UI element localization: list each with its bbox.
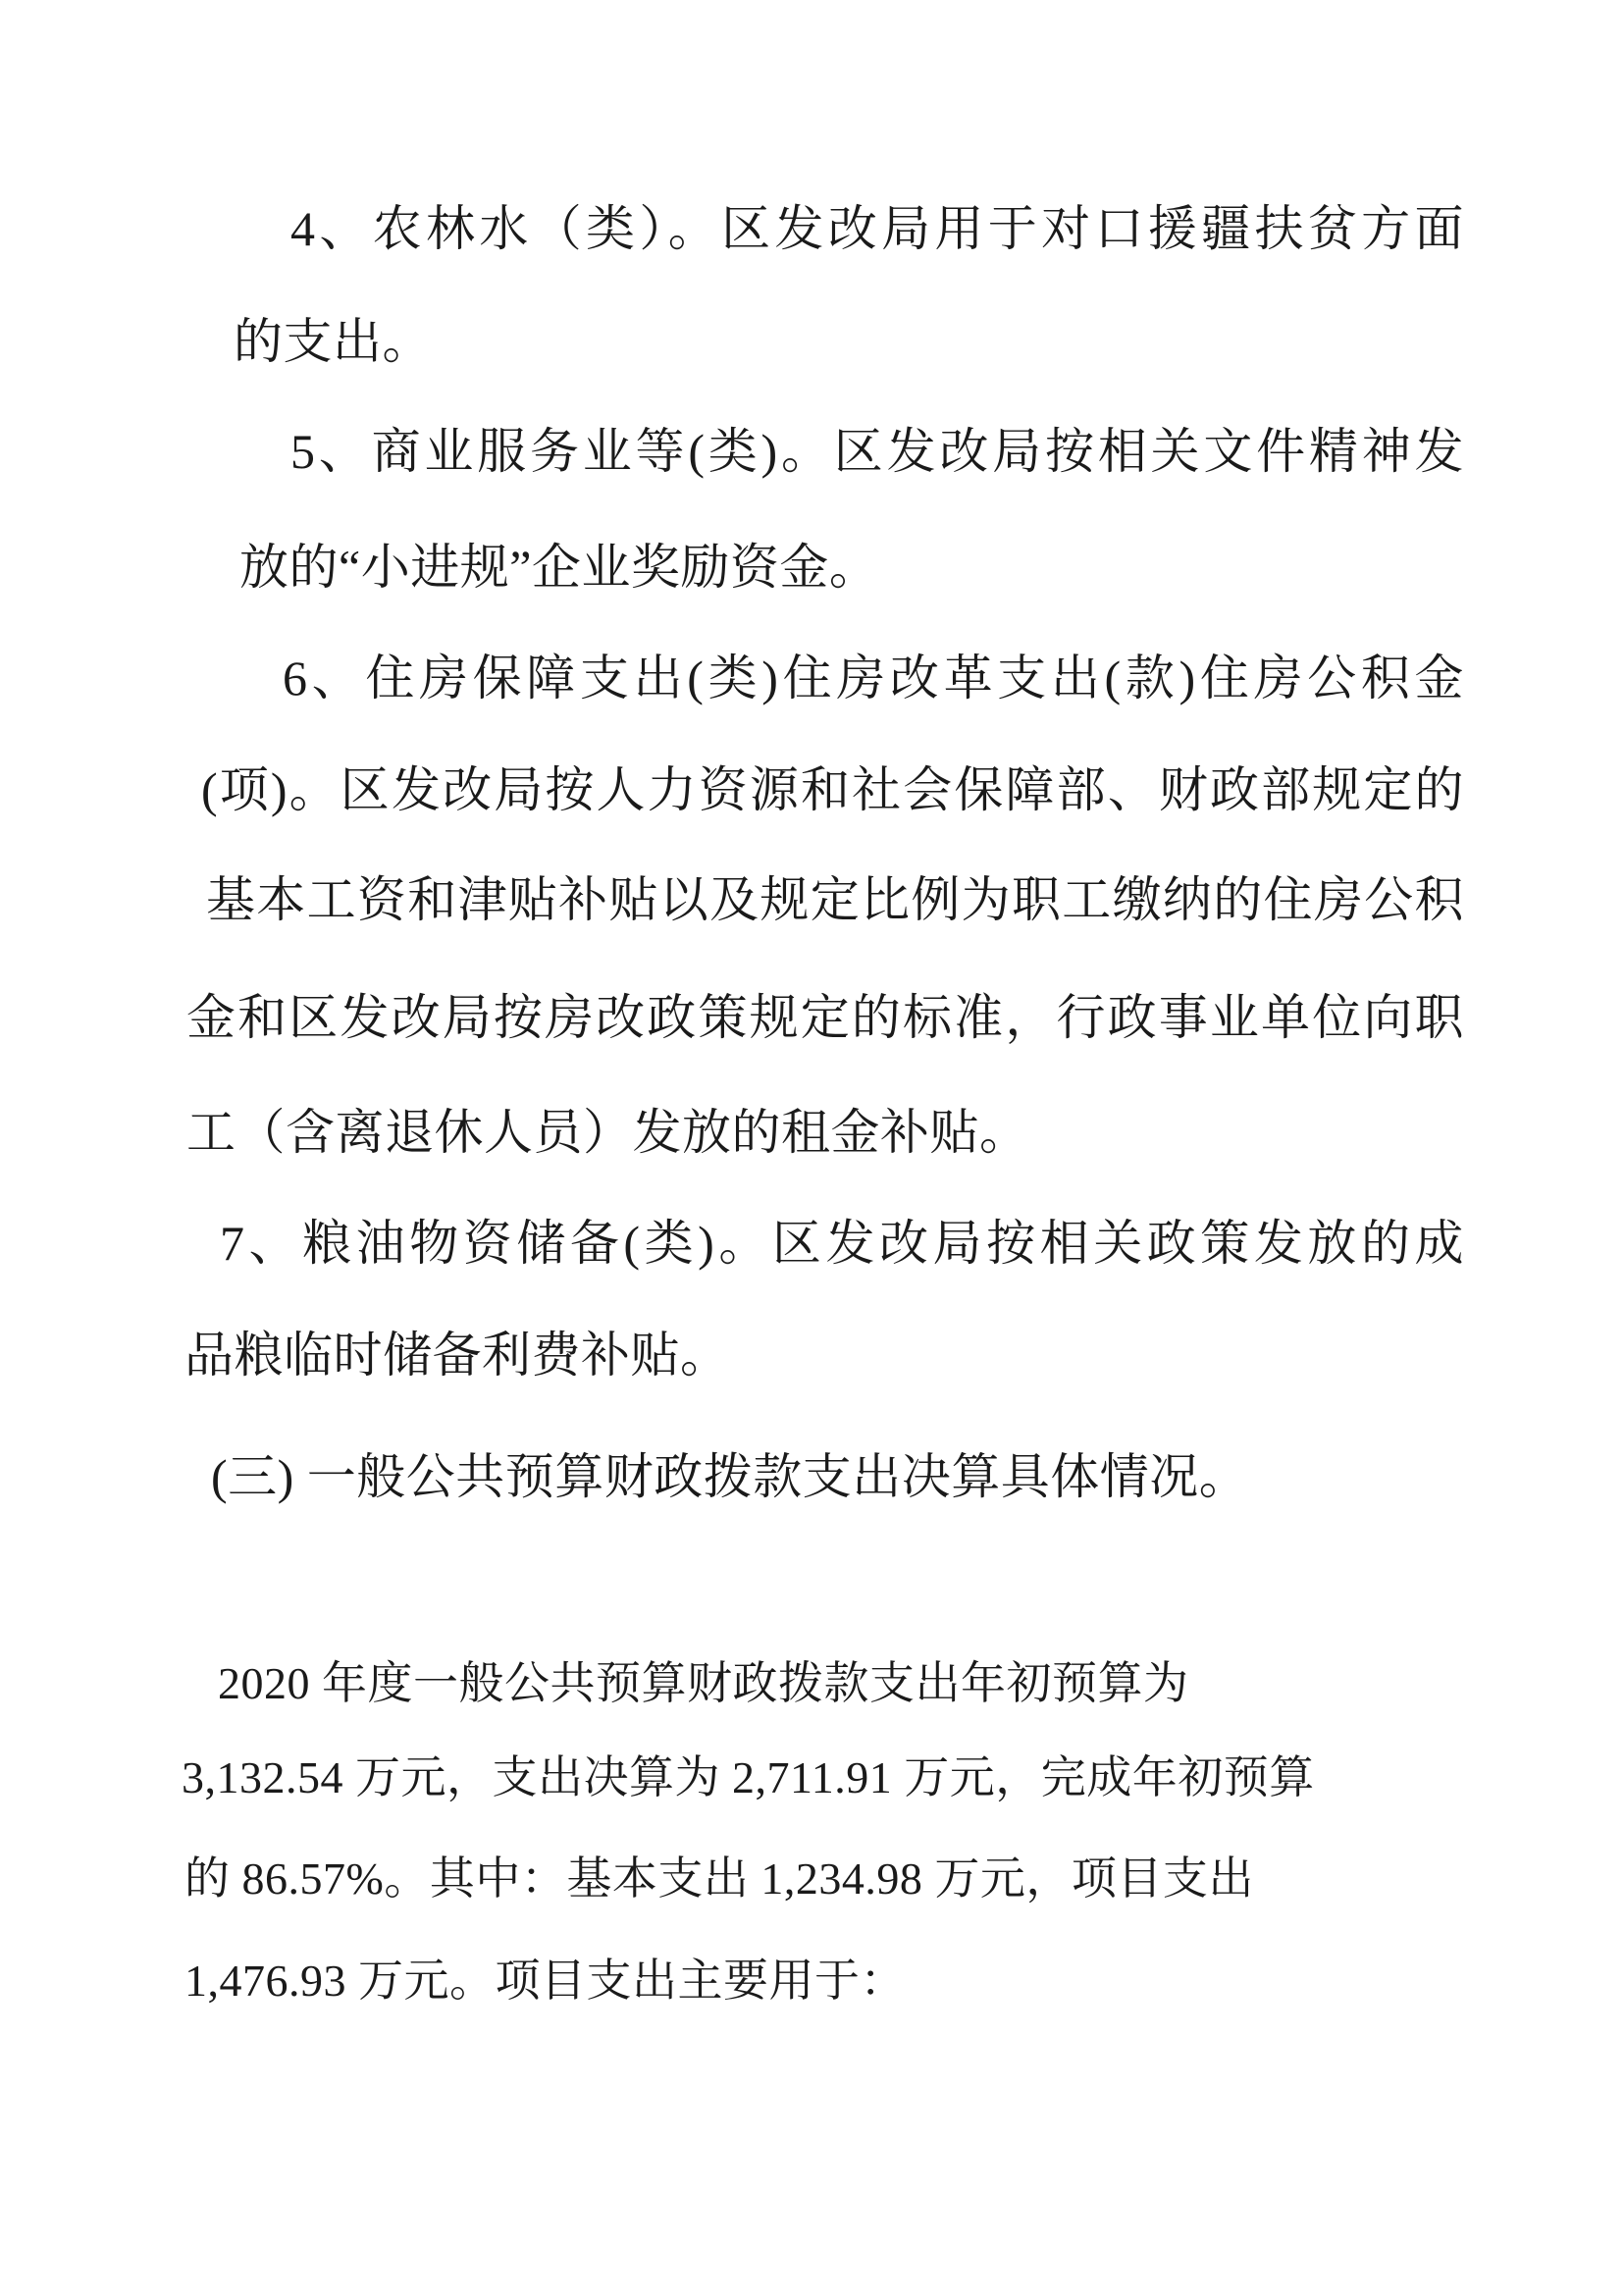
para5-line3: 的 86.57%。其中：基本支出 1,234.98 万元，项目支出 — [184, 1853, 1254, 1905]
para1-line1: 4、农林水（类）。区发改局用于对口援疆扶贫方面 — [290, 201, 1464, 256]
para5-line1: 2020 年度一般公共预算财政拨款支出年初预算为 — [218, 1658, 1189, 1709]
section-heading: (三) 一般公共预算财政拨款支出决算具体情况。 — [211, 1449, 1248, 1504]
para3-line4: 金和区发改局按房改政策规定的标准，行政事业单位向职 — [186, 990, 1464, 1045]
para3-line3: 基本工资和津贴补贴以及规定比例为职工缴纳的住房公积 — [206, 872, 1464, 927]
para3-line5: 工（含离退休人员）发放的租金补贴。 — [186, 1105, 1029, 1160]
para3-line2: (项)。区发改局按人力资源和社会保障部、财政部规定的 — [201, 762, 1464, 817]
para3-line1: 6、住房保障支出(类)住房改革支出(款)住房公积金 — [283, 651, 1464, 705]
para5-line4: 1,476.93 万元。项目支出主要用于： — [184, 1956, 906, 2007]
para2-line2: 放的“小进规”企业奖励资金。 — [239, 540, 878, 595]
para4-line2: 品粮临时储备利费补贴。 — [184, 1328, 730, 1383]
para1-line2: 的支出。 — [234, 314, 432, 369]
para2-line1: 5、商业服务业等(类)。区发改局按相关文件精神发 — [290, 424, 1464, 479]
document-page: 4、农林水（类）。区发改局用于对口援疆扶贫方面 的支出。 5、商业服务业等(类)… — [0, 0, 1624, 2296]
para4-line1: 7、粮油物资储备(类)。区发改局按相关政策发放的成 — [220, 1216, 1464, 1271]
para5-line2: 3,132.54 万元，支出决算为 2,711.91 万元，完成年初预算 — [182, 1752, 1315, 1803]
